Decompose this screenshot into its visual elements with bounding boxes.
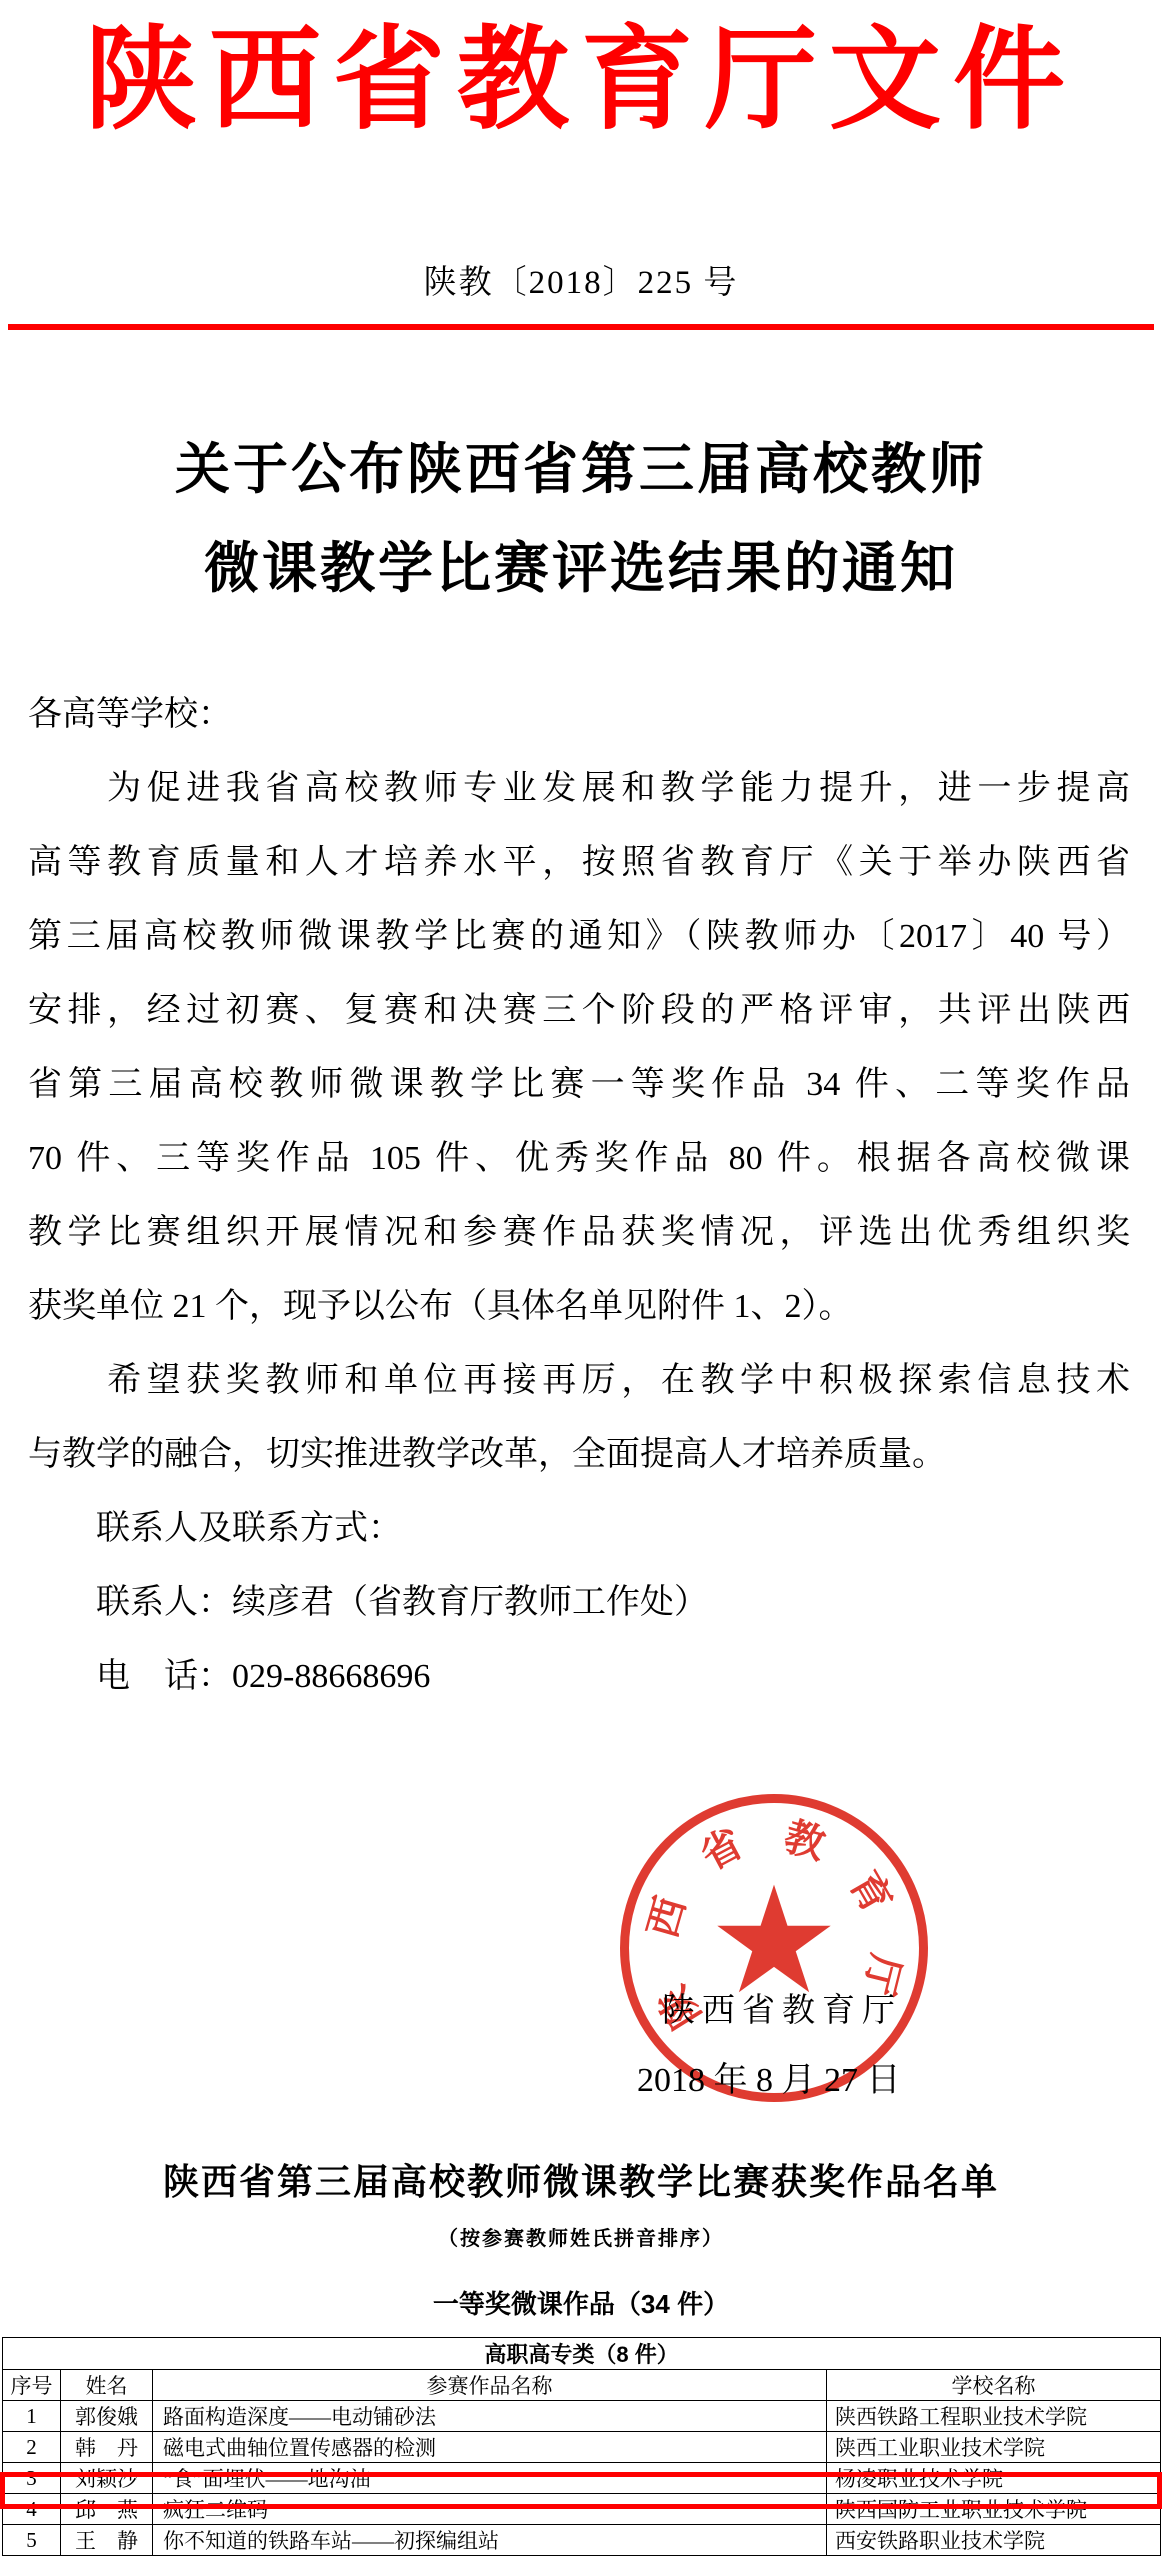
table-cell-name: 邱 燕: [61, 2494, 153, 2525]
table-cell-school: 陕西工业职业技术学院: [827, 2432, 1161, 2463]
attachment-title: 陕西省第三届高校教师微课教学比赛获奖作品名单: [0, 2154, 1162, 2205]
document-body: 各高等学校： 为促进我省高校教师专业发展和教学能力提升，进一步提高高等教育质量和…: [28, 678, 1130, 1714]
body-line: 希望获奖教师和单位再接再厉，在教学中积极探索信息技术: [28, 1344, 1130, 1418]
award-table-body: 高职高专类（8 件） 序号姓名参赛作品名称学校名称 1郭俊娥路面构造深度——电动…: [3, 2338, 1161, 2556]
table-cell-school: 陕西国防工业职业技术学院: [827, 2494, 1161, 2525]
body-line: 为促进我省高校教师专业发展和教学能力提升，进一步提高: [28, 752, 1130, 826]
table-column-header: 序号: [3, 2370, 61, 2401]
table-cell-work: “食”面埋伏——地沟油: [153, 2463, 827, 2494]
agency-letterhead-title: 陕西省教育厅文件: [0, 0, 1162, 151]
table-column-header: 参赛作品名称: [153, 2370, 827, 2401]
table-cell-work: 你不知道的铁路车站——初探编组站: [153, 2525, 827, 2556]
body-line: 获奖单位 21 个，现予以公布（具体名单见附件 1、2）。: [28, 1270, 1130, 1344]
body-line: 高等教育质量和人才培养水平，按照省教育厅《关于举办陕西省: [28, 826, 1130, 900]
table-cell-name: 郭俊娥: [61, 2401, 153, 2432]
table-cell-no: 5: [3, 2525, 61, 2556]
table-row: 1郭俊娥路面构造深度——电动铺砂法陕西铁路工程职业技术学院: [3, 2401, 1161, 2432]
table-cell-name: 刘颖沙: [61, 2463, 153, 2494]
document-title: 关于公布陕西省第三届高校教师 微课教学比赛评选结果的通知: [0, 420, 1162, 618]
table-cell-work: 磁电式曲轴位置传感器的检测: [153, 2432, 827, 2463]
table-column-header: 姓名: [61, 2370, 153, 2401]
body-line: 安排，经过初赛、复赛和决赛三个阶段的严格评审，共评出陕西: [28, 974, 1130, 1048]
document-title-line2: 微课教学比赛评选结果的通知: [0, 519, 1162, 618]
table-header-row: 序号姓名参赛作品名称学校名称: [3, 2370, 1161, 2401]
table-category-row: 高职高专类（8 件）: [3, 2338, 1161, 2370]
body-line: 电 话：029-88668696: [28, 1640, 1130, 1714]
body-line: 各高等学校：: [28, 678, 1130, 752]
table-row: 3刘颖沙“食”面埋伏——地沟油杨凌职业技术学院: [3, 2463, 1161, 2494]
table-row-highlighted: 4邱 燕疯狂二维码陕西国防工业职业技术学院: [3, 2494, 1161, 2525]
table-cell-school: 杨凌职业技术学院: [827, 2463, 1161, 2494]
document-number: 陕教〔2018〕225 号: [0, 256, 1162, 303]
body-line: 联系人：续彦君（省教育厅教师工作处）: [28, 1566, 1130, 1640]
table-cell-work: 疯狂二维码: [153, 2494, 827, 2525]
body-line: 第三届高校教师微课教学比赛的通知》（陕教师办〔2017〕40 号）: [28, 900, 1130, 974]
body-line: 70 件、三等奖作品 105 件、优秀奖作品 80 件。根据各高校微课: [28, 1122, 1130, 1196]
table-row: 5王 静你不知道的铁路车站——初探编组站西安铁路职业技术学院: [3, 2525, 1161, 2556]
table-cell-school: 西安铁路职业技术学院: [827, 2525, 1161, 2556]
table-cell-name: 王 静: [61, 2525, 153, 2556]
award-section-heading: 一等奖微课作品（34 件）: [0, 2284, 1162, 2321]
issuer-signature: 陕西省教育厅: [662, 1984, 902, 2031]
body-line: 教学比赛组织开展情况和参赛作品获奖情况，评选出优秀组织奖: [28, 1196, 1130, 1270]
document-title-line1: 关于公布陕西省第三届高校教师: [0, 420, 1162, 519]
body-line: 联系人及联系方式：: [28, 1492, 1130, 1566]
table-cell-no: 2: [3, 2432, 61, 2463]
award-table: 高职高专类（8 件） 序号姓名参赛作品名称学校名称 1郭俊娥路面构造深度——电动…: [2, 2337, 1161, 2556]
table-cell-work: 路面构造深度——电动铺砂法: [153, 2401, 827, 2432]
table-category-label: 高职高专类（8 件）: [3, 2338, 1161, 2370]
table-cell-no: 4: [3, 2494, 61, 2525]
table-column-header: 学校名称: [827, 2370, 1161, 2401]
document-page: 陕西省教育厅文件 陕教〔2018〕225 号 关于公布陕西省第三届高校教师 微课…: [0, 0, 1162, 2566]
table-cell-school: 陕西铁路工程职业技术学院: [827, 2401, 1161, 2432]
attachment-subtitle: （按参赛教师姓氏拼音排序）: [0, 2222, 1162, 2251]
red-divider-rule: [8, 324, 1154, 330]
table-cell-no: 3: [3, 2463, 61, 2494]
issue-date: 2018 年 8 月 27 日: [637, 2052, 901, 2101]
table-cell-no: 1: [3, 2401, 61, 2432]
body-line: 与教学的融合，切实推进教学改革，全面提高人才培养质量。: [28, 1418, 1130, 1492]
body-line: 省第三届高校教师微课教学比赛一等奖作品 34 件、二等奖作品: [28, 1048, 1130, 1122]
table-row: 2韩 丹磁电式曲轴位置传感器的检测陕西工业职业技术学院: [3, 2432, 1161, 2463]
table-cell-name: 韩 丹: [61, 2432, 153, 2463]
